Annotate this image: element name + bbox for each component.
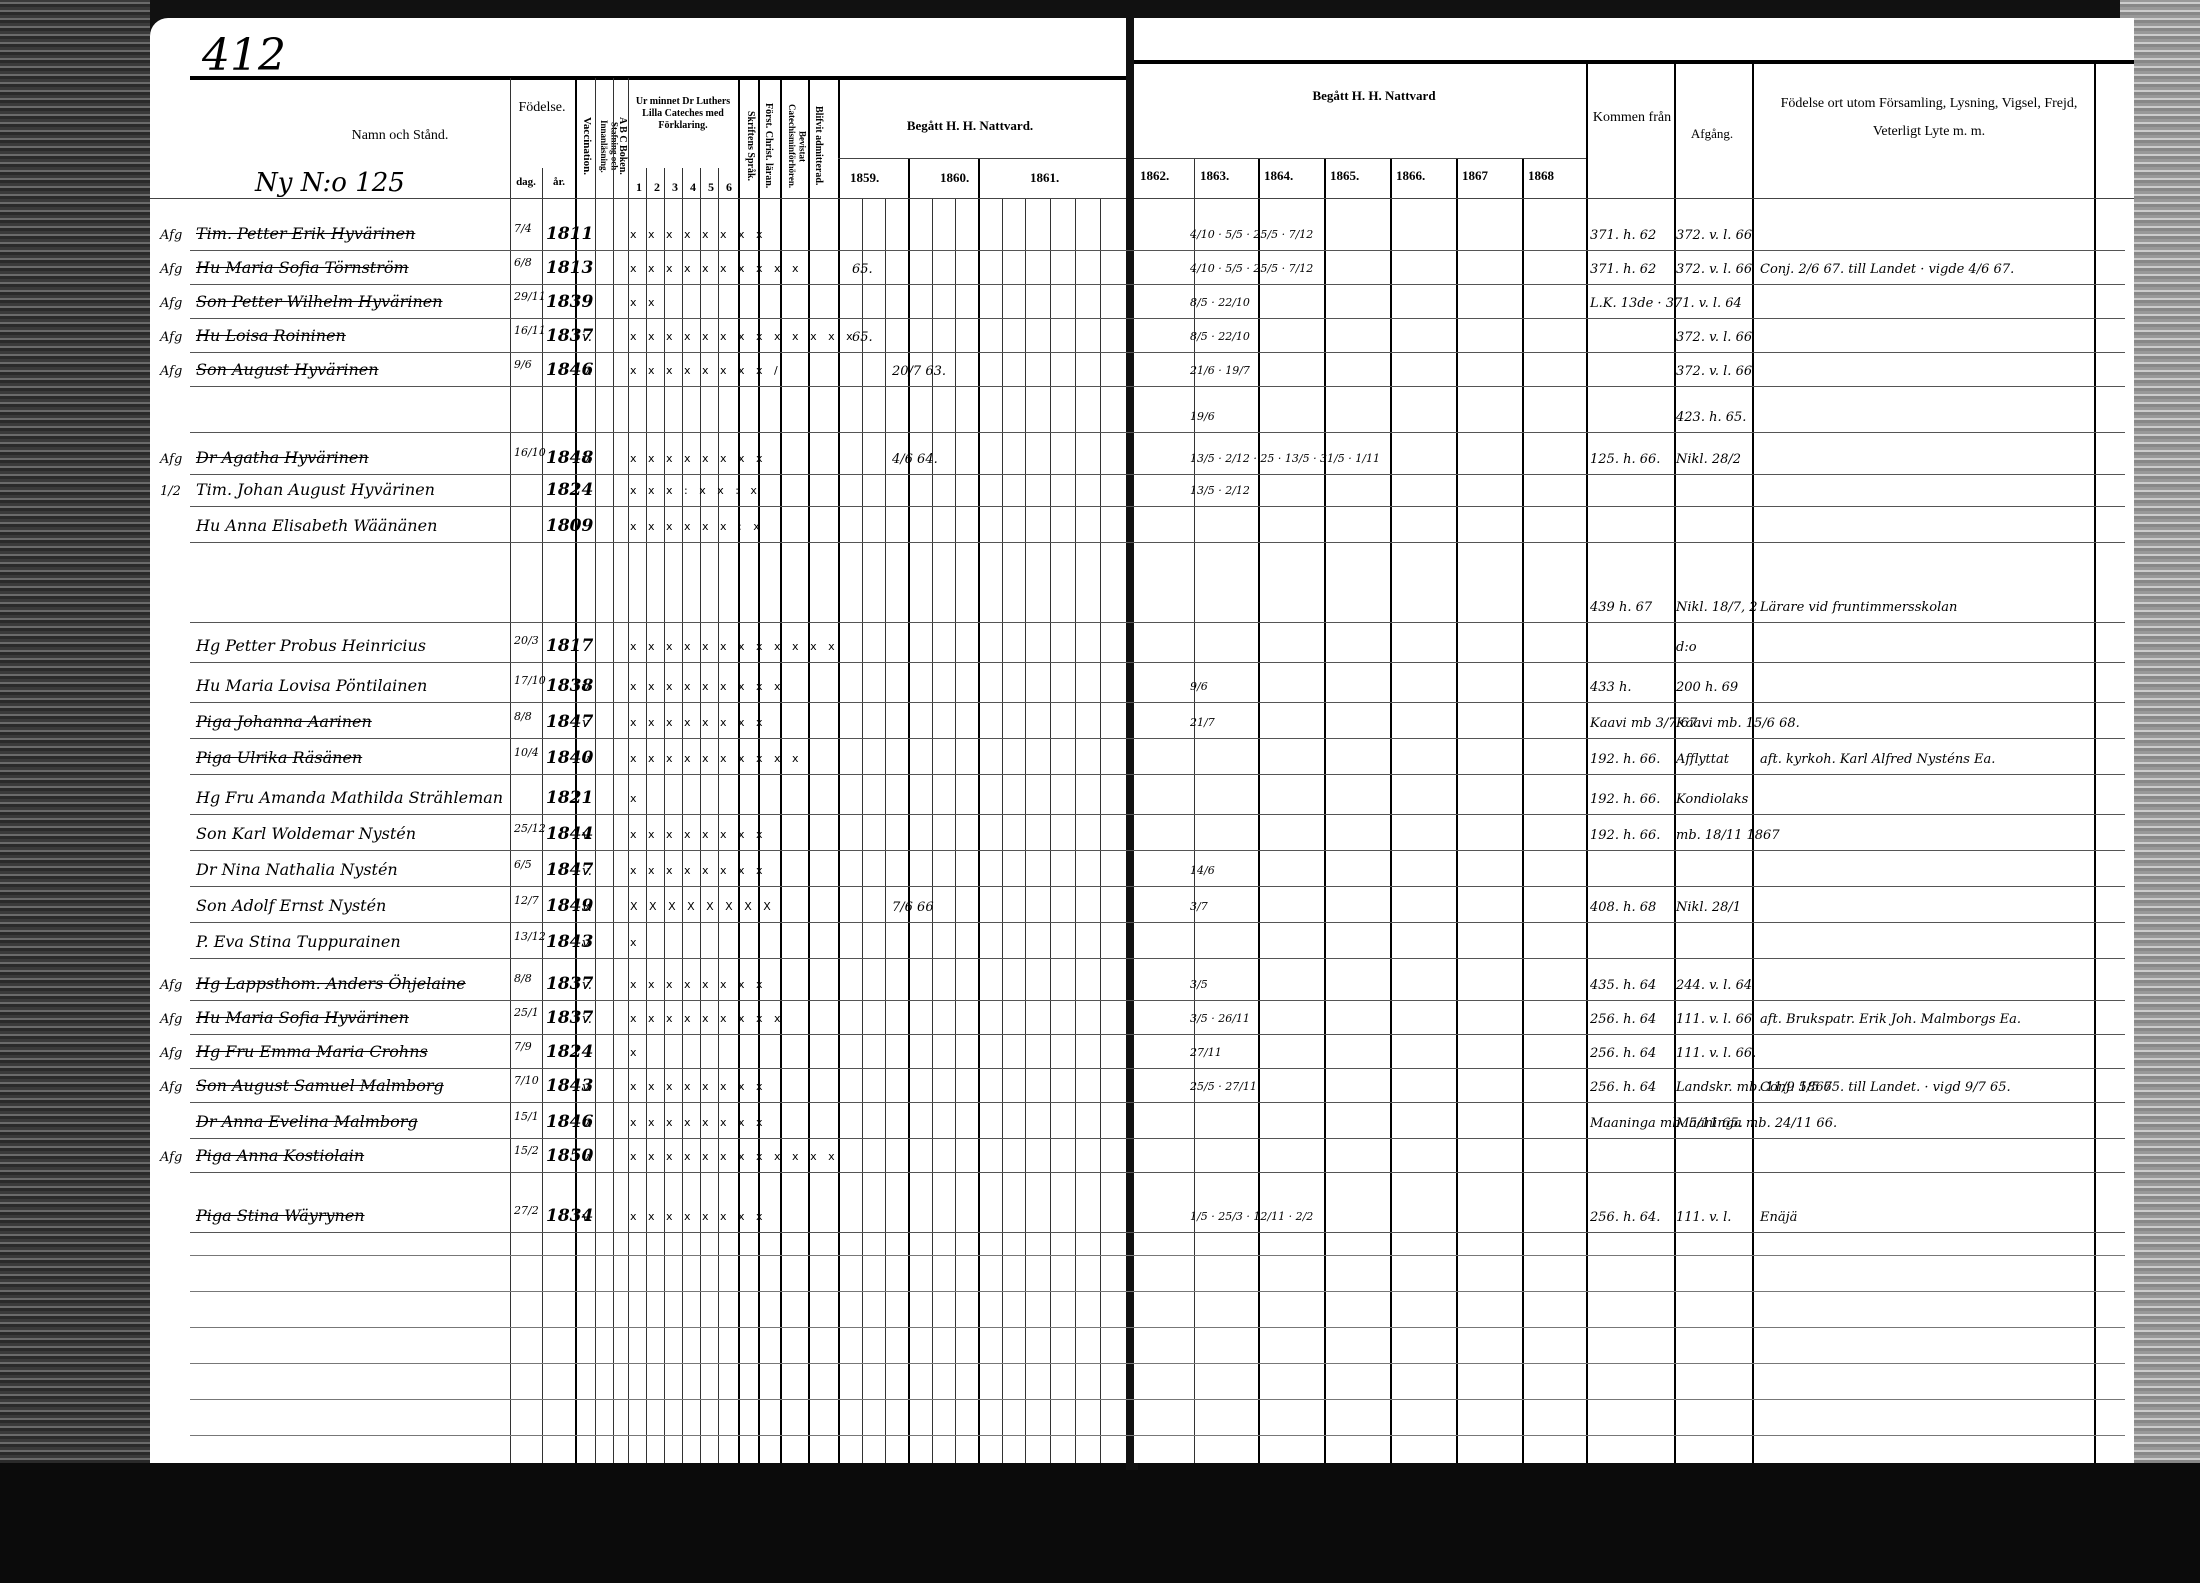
- row-rule: [190, 738, 2125, 739]
- grid-line: [838, 158, 1130, 159]
- entry-communion-dates: 9/6: [1190, 680, 1208, 693]
- entry-name: Dr Agatha Hyvärinen: [196, 448, 369, 467]
- header-abc: A B C Boken.: [616, 96, 628, 196]
- entry-departed: Afflyttat: [1676, 752, 1729, 767]
- entry-departed: 111. v. l. 66: [1676, 1012, 1752, 1027]
- grid-line: [1522, 158, 1524, 1463]
- entry-departed: 111. v. l. 66.: [1676, 1046, 1756, 1061]
- entry-communion-dates: 8/5 · 22/10: [1190, 330, 1250, 343]
- entry-departed: Nikl. 18/7, 2: [1676, 600, 1758, 615]
- entry-note: aft. Brukspatr. Erik Joh. Malmborgs Ea.: [1760, 1012, 2021, 1027]
- row-rule: [190, 1435, 2125, 1436]
- entry-arrived-from: L.K. 13de · 371. v. l. 64: [1590, 296, 1742, 311]
- grid-line: [1586, 60, 1588, 1463]
- row-rule: [190, 474, 2125, 475]
- entry-vaccination: v.: [582, 452, 592, 467]
- entry-note: aft. kyrkoh. Karl Alfred Nysténs Ea.: [1760, 752, 1995, 767]
- grid-line: [1100, 198, 1101, 1463]
- row-rule: [190, 850, 2125, 851]
- entry-departed: 200 h. 69: [1676, 680, 1738, 695]
- entry-birth-day: 16/10: [514, 446, 546, 459]
- entry-communion-dates: 19/6: [1190, 410, 1215, 423]
- entry-birth-year: 1821: [546, 788, 593, 808]
- entry-admitted: 20/7 63.: [892, 364, 946, 379]
- entry-communion-dates: 13/5 · 2/12 · 25 · 13/5 · 31/5 · 1/11: [1190, 452, 1380, 465]
- grid-line: [1456, 158, 1458, 1463]
- header-name: Namn och Stånd.: [270, 128, 530, 145]
- header-catechism-hearings: Bevistat Catechisminförhören.: [786, 96, 808, 196]
- entry-catechism-marks: x x x x x x x x: [630, 828, 767, 841]
- entry-arrived-from: 408. h. 68: [1590, 900, 1656, 915]
- entry-birth-year: 1824: [546, 480, 593, 500]
- entry-catechism-marks: x x x x x x x x x: [630, 1012, 785, 1025]
- header-christian-doctrine: Först. Christ. läran.: [762, 96, 774, 196]
- entry-communion-dates: 21/7: [1190, 716, 1215, 729]
- grid-line: [1002, 198, 1003, 1463]
- entry-prefix: Afg: [160, 452, 182, 467]
- entry-name: Son Adolf Ernst Nystén: [196, 896, 386, 915]
- entry-catechism-marks: x x x x x x x x x x: [630, 752, 803, 765]
- entry-catechism-marks: x: [630, 1046, 641, 1059]
- header-birth: Födelse.: [512, 100, 572, 117]
- entry-catechism-marks: x x x x x x x x: [630, 1080, 767, 1093]
- entry-vaccination: v.: [582, 978, 592, 993]
- year-1859: 1859.: [850, 170, 879, 186]
- grid-line: [700, 168, 701, 1463]
- entry-catechism-marks: x x x x x x x x /: [630, 364, 782, 377]
- entry-note: Enäjä: [1760, 1210, 1797, 1225]
- row-rule: [190, 958, 2125, 959]
- header-communion-right: Begått H. H. Nattvard: [1164, 88, 1584, 104]
- row-rule: [190, 1363, 2125, 1364]
- entry-prefix: Afg: [160, 978, 182, 993]
- entry-departed: 244. v. l. 64: [1676, 978, 1752, 993]
- row-rule: [190, 1291, 2125, 1292]
- row-rule: [190, 1172, 2125, 1173]
- grid-line: [955, 198, 956, 1463]
- year-1867: 1867: [1462, 168, 1488, 184]
- grid-line: [646, 168, 647, 1463]
- entry-departed: mb. 18/11 1867: [1676, 828, 1780, 843]
- entry-birth-day: 20/3: [514, 634, 539, 647]
- entry-catechism-marks: x: [630, 936, 641, 949]
- entry-communion-dates: 3/7: [1190, 900, 1208, 913]
- catechism-part: 6: [726, 180, 732, 195]
- row-rule: [190, 250, 2125, 251]
- grid-line: [718, 168, 719, 1463]
- header-rule: [190, 76, 1130, 80]
- entry-name: Son Karl Woldemar Nystén: [196, 824, 416, 843]
- entry-prefix: Afg: [160, 262, 182, 277]
- entry-birth-day: 6/5: [514, 858, 532, 871]
- entry-birth-year: 1813: [546, 258, 593, 278]
- entry-name: Hg Lappsthom. Anders Öhjelaine: [196, 974, 466, 993]
- entry-communion-dates: 4/10 · 5/5 · 25/5 · 7/12: [1190, 262, 1313, 275]
- entry-departed: 111. v. l.: [1676, 1210, 1731, 1225]
- row-rule: [190, 1232, 2125, 1233]
- entry-vaccination: v.: [582, 864, 592, 879]
- entry-birth-day: 25/1: [514, 1006, 539, 1019]
- entry-prefix: Afg: [160, 296, 182, 311]
- row-rule: [190, 1138, 2125, 1139]
- year-1865: 1865.: [1330, 168, 1359, 184]
- entry-name: Tim. Johan August Hyvärinen: [196, 480, 435, 499]
- entry-birth-year: 1839: [546, 292, 593, 312]
- row-rule: [190, 1034, 2125, 1035]
- entry-note: Conj. 5/5 65. till Landet. · vigd 9/7 65…: [1760, 1080, 2011, 1095]
- entry-name: Son August Samuel Malmborg: [196, 1076, 444, 1095]
- grid-line: [1075, 198, 1076, 1463]
- entry-vaccination: v.: [582, 330, 592, 345]
- entry-birth-day: 15/2: [514, 1144, 539, 1157]
- entry-catechism-marks: x x x x x x x x x x x x: [630, 640, 839, 653]
- entry-name: Hu Maria Sofia Törnström: [196, 258, 409, 277]
- entry-name: Son Petter Wilhelm Hyvärinen: [196, 292, 443, 311]
- entry-arrived-from: 192. h. 66.: [1590, 752, 1660, 767]
- entry-admitted: 7/6 66: [892, 900, 934, 915]
- header-birth-day: dag.: [512, 176, 540, 189]
- entry-communion-dates: 3/5 · 26/11: [1190, 1012, 1250, 1025]
- row-rule: [190, 284, 2125, 285]
- row-rule: [190, 814, 2125, 815]
- row-rule: [190, 1399, 2125, 1400]
- catechism-part: 5: [708, 180, 714, 195]
- entry-departed: 372. v. l. 66: [1676, 228, 1752, 243]
- entry-departed: Kaavi mb. 15/6 68.: [1676, 716, 1800, 731]
- entry-arrived-from: 435. h. 64: [1590, 978, 1656, 993]
- entry-arrived-from: 256. h. 64: [1590, 1046, 1656, 1061]
- catechism-part: 3: [672, 180, 678, 195]
- header-arrived-from: Kommen från: [1590, 110, 1674, 127]
- entry-communion-dates: 4/10 · 5/5 · 25/5 · 7/12: [1190, 228, 1313, 241]
- grid-line: [1050, 198, 1051, 1463]
- grid-line: [1134, 198, 2134, 199]
- entry-name: Hu Loisa Roininen: [196, 326, 346, 345]
- entry-birth-day: 6/8: [514, 256, 532, 269]
- entry-arrived-from: 192. h. 66.: [1590, 828, 1660, 843]
- entry-communion-early: 65.: [852, 330, 873, 345]
- entry-vaccination: v: [582, 716, 589, 731]
- entry-catechism-marks: X X X X X X X X: [630, 900, 775, 913]
- entry-vaccination: v.: [582, 1080, 592, 1095]
- entry-departed: 372. v. l. 66: [1676, 262, 1752, 277]
- entry-communion-dates: 21/6 · 19/7: [1190, 364, 1250, 377]
- entry-birth-day: 12/7: [514, 894, 539, 907]
- row-rule: [190, 922, 2125, 923]
- entry-communion-dates: 3/5: [1190, 978, 1208, 991]
- grid-line: [1390, 158, 1392, 1463]
- entry-arrived-from: 192. h. 66.: [1590, 792, 1660, 807]
- entry-arrived-from: 256. h. 64: [1590, 1080, 1656, 1095]
- row-rule: [190, 432, 2125, 433]
- entry-catechism-marks: x x: [630, 296, 659, 309]
- entry-note: Lärare vid fruntimmersskolan: [1760, 600, 1957, 615]
- entry-prefix: Afg: [160, 1080, 182, 1095]
- entry-name: Hg Fru Amanda Mathilda Strähleman: [196, 788, 503, 807]
- catechism-part: 1: [636, 180, 642, 195]
- entry-prefix: Afg: [160, 364, 182, 379]
- header-scripture: Skriftens Språk.: [744, 96, 756, 196]
- entry-name: Hu Maria Lovisa Pöntilainen: [196, 676, 427, 695]
- grid-line: [2094, 60, 2096, 1463]
- entry-departed: Maaninga mb. 24/11 66.: [1676, 1116, 1837, 1131]
- header-admitted: Blifvit admitterad.: [812, 96, 824, 196]
- entry-name: P. Eva Stina Tuppurainen: [196, 932, 401, 951]
- grid-line: [1752, 60, 1754, 1463]
- entry-departed: Nikl. 28/2: [1676, 452, 1741, 467]
- row-rule: [190, 662, 2125, 663]
- entry-name: Piga Stina Wäyrynen: [196, 1206, 365, 1225]
- entry-prefix: Afg: [160, 228, 182, 243]
- entry-vaccination: v: [582, 936, 589, 951]
- header-notes: Födelse ort utom Församling, Lysning, Vi…: [1764, 90, 2094, 146]
- entry-catechism-marks: x x x x x x : x: [630, 520, 764, 533]
- entry-arrived-from: 371. h. 62: [1590, 262, 1656, 277]
- entry-arrived-from: 256. h. 64: [1590, 1012, 1656, 1027]
- header-birth-year: år.: [545, 176, 573, 189]
- entry-name: Piga Johanna Aarinen: [196, 712, 372, 731]
- entry-name: Hu Anna Elisabeth Wäänänen: [196, 516, 437, 535]
- entry-birth-day: 29/11: [514, 290, 546, 303]
- header-communion-left: Begått H. H. Nattvard.: [840, 118, 1100, 134]
- entry-communion-dates: 14/6: [1190, 864, 1215, 877]
- catechism-part: 4: [690, 180, 696, 195]
- entry-catechism-marks: x x x x x x x x x x: [630, 262, 803, 275]
- row-rule: [190, 1102, 2125, 1103]
- entry-catechism-marks: x x x x x x x x: [630, 228, 767, 241]
- row-rule: [190, 386, 2125, 387]
- entry-arrived-from: 125. h. 66.: [1590, 452, 1660, 467]
- entry-name: Tim. Petter Erik Hyvärinen: [196, 224, 415, 243]
- entry-vaccination: v.: [582, 900, 592, 915]
- entry-communion-dates: 27/11: [1190, 1046, 1222, 1059]
- grid-line: [542, 168, 543, 1463]
- entry-communion-dates: 8/5 · 22/10: [1190, 296, 1250, 309]
- entry-catechism-marks: x x x x x x x x: [630, 978, 767, 991]
- entry-departed: Nikl. 28/1: [1676, 900, 1741, 915]
- entry-prefix: 1/2: [160, 484, 181, 499]
- entry-birth-day: 16/11: [514, 324, 546, 337]
- entry-catechism-marks: x x x x x x x x: [630, 716, 767, 729]
- entry-birth-year: 1809: [546, 516, 593, 536]
- entry-birth-day: 17/10: [514, 674, 546, 687]
- row-rule: [190, 1255, 2125, 1256]
- entry-catechism-marks: x x x x x x x x x x x x: [630, 1150, 839, 1163]
- year-1863: 1863.: [1200, 168, 1229, 184]
- year-1868: 1868: [1528, 168, 1554, 184]
- entry-name: Hg Fru Emma Maria Crohns: [196, 1042, 428, 1061]
- grid-line: [908, 158, 910, 1463]
- page-number: 412: [202, 30, 286, 81]
- scan-border-bottom: [0, 1463, 2200, 1583]
- entry-birth-day: 9/6: [514, 358, 532, 371]
- entry-vaccination: v.: [582, 1150, 592, 1165]
- entry-catechism-marks: x x x : x x : x: [630, 484, 761, 497]
- entry-prefix: Afg: [160, 330, 182, 345]
- entry-catechism-marks: x x x x x x x x x: [630, 680, 785, 693]
- entry-birth-day: 15/1: [514, 1110, 539, 1123]
- entry-name: Piga Anna Kostiolain: [196, 1146, 364, 1165]
- grid-line: [150, 198, 1130, 199]
- entry-vaccination: v.: [582, 1012, 592, 1027]
- entry-communion-dates: 1/5 · 25/3 · 12/11 · 2/2: [1190, 1210, 1313, 1223]
- entry-vaccination: v.: [582, 1116, 592, 1131]
- entry-catechism-marks: x x x x x x x x: [630, 1210, 767, 1223]
- grid-line: [1194, 158, 1195, 1463]
- grid-line: [1134, 158, 1586, 159]
- entry-name: Son August Hyvärinen: [196, 360, 379, 379]
- entry-birth-day: 7/4: [514, 222, 532, 235]
- entry-name: Piga Ulrika Räsänen: [196, 748, 362, 767]
- year-1862: 1862.: [1140, 168, 1169, 184]
- entry-vaccination: v: [582, 680, 589, 695]
- entry-birth-day: 13/12: [514, 930, 546, 943]
- entry-birth-day: 27/2: [514, 1204, 539, 1217]
- row-rule: [190, 1068, 2125, 1069]
- entry-birth-day: 8/8: [514, 710, 532, 723]
- entry-name: Dr Nina Nathalia Nystén: [196, 860, 398, 879]
- grid-line: [932, 198, 933, 1463]
- row-rule: [190, 702, 2125, 703]
- entry-admitted: 4/6 64.: [892, 452, 938, 467]
- entry-arrived-from: 256. h. 64.: [1590, 1210, 1660, 1225]
- row-rule: [190, 622, 2125, 623]
- grid-line: [682, 168, 683, 1463]
- grid-line: [1324, 158, 1326, 1463]
- row-rule: [190, 506, 2125, 507]
- entry-catechism-marks: x x x x x x x x: [630, 452, 767, 465]
- row-rule: [190, 774, 2125, 775]
- entry-catechism-marks: x x x x x x x x: [630, 1116, 767, 1129]
- entry-arrived-from: 439 h. 67: [1590, 600, 1652, 615]
- entry-birth-year: 1811: [546, 224, 593, 244]
- grid-line: [885, 198, 886, 1463]
- entry-communion-dates: 25/5 · 27/11: [1190, 1080, 1257, 1093]
- year-1861: 1861.: [1030, 170, 1059, 186]
- section-label: Ny N:o 125: [255, 168, 405, 198]
- entry-communion-early: 65.: [852, 262, 873, 277]
- entry-departed: 372. v. l. 66: [1676, 330, 1752, 345]
- grid-line: [1025, 198, 1026, 1463]
- entry-name: Hu Maria Sofia Hyvärinen: [196, 1008, 409, 1027]
- header-catechism: Ur minnet Dr Luthers Lilla Cateches med …: [628, 96, 738, 132]
- entry-vaccination: v.: [582, 364, 592, 379]
- entry-birth-year: 1824: [546, 1042, 593, 1062]
- entry-birth-day: 7/9: [514, 1040, 532, 1053]
- catechism-part: 2: [654, 180, 660, 195]
- entry-birth-day: 25/12: [514, 822, 546, 835]
- entry-prefix: Afg: [160, 1012, 182, 1027]
- entry-arrived-from: 371. h. 62: [1590, 228, 1656, 243]
- row-rule: [190, 1000, 2125, 1001]
- grid-line: [1258, 158, 1260, 1463]
- entry-catechism-marks: x x x x x x x x x x x x x: [630, 330, 857, 343]
- grid-line: [862, 198, 863, 1463]
- entry-name: Dr Anna Evelina Malmborg: [196, 1112, 418, 1131]
- year-1864: 1864.: [1264, 168, 1293, 184]
- entry-departed: d:o: [1676, 640, 1697, 655]
- entry-prefix: Afg: [160, 1150, 182, 1165]
- entry-note: Conj. 2/6 67. till Landet · vigde 4/6 67…: [1760, 262, 2014, 277]
- row-rule: [190, 352, 2125, 353]
- entry-communion-dates: 13/5 · 2/12: [1190, 484, 1250, 497]
- row-rule: [190, 318, 2125, 319]
- entry-birth-day: 7/10: [514, 1074, 539, 1087]
- entry-arrived-from: 433 h.: [1590, 680, 1631, 695]
- row-rule: [190, 1327, 2125, 1328]
- row-rule: [190, 542, 2125, 543]
- header-rule: [1134, 60, 2134, 64]
- header-vaccination: Vaccination.: [580, 96, 593, 196]
- entry-vaccination: v: [582, 752, 589, 767]
- entry-catechism-marks: x: [630, 792, 641, 805]
- entry-name: Hg Petter Probus Heinricius: [196, 636, 426, 655]
- entry-prefix: Afg: [160, 1046, 182, 1061]
- scan-border-left: [0, 0, 150, 1583]
- grid-line: [664, 168, 665, 1463]
- year-1860: 1860.: [940, 170, 969, 186]
- entry-birth-year: 1817: [546, 636, 593, 656]
- entry-departed: 372. v. l. 66: [1676, 364, 1752, 379]
- entry-departed: Kondiolaks: [1676, 792, 1748, 807]
- entry-vaccination: v.: [582, 1210, 592, 1225]
- entry-birth-day: 8/8: [514, 972, 532, 985]
- entry-catechism-marks: x x x x x x x x: [630, 864, 767, 877]
- row-rule: [190, 886, 2125, 887]
- entry-departed: 423. h. 65.: [1676, 410, 1746, 425]
- grid-line: [978, 158, 980, 1463]
- header-departed: Afgång.: [1674, 126, 1750, 142]
- entry-birth-day: 10/4: [514, 746, 539, 759]
- year-1866: 1866.: [1396, 168, 1425, 184]
- entry-vaccination: v.: [582, 828, 592, 843]
